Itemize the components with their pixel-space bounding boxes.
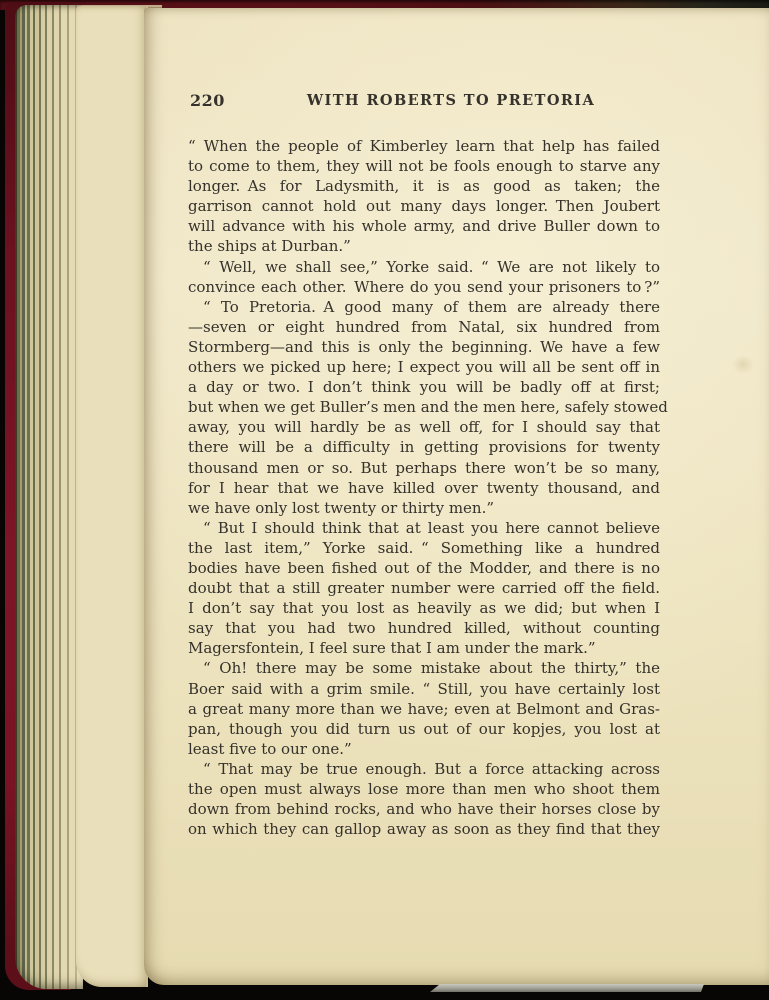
text-line: convince each other. Where do you send y… xyxy=(188,277,660,297)
text-line: Magersfontein, I feel sure that I am und… xyxy=(188,638,660,658)
text-line: I don’t say that you lost as heavily as … xyxy=(188,598,660,618)
text-line: pan, though you did turn us out of our k… xyxy=(188,719,660,739)
text-line: bodies have been fished out of the Modde… xyxy=(188,558,660,578)
running-title: WITH ROBERTS TO PRETORIA xyxy=(188,92,660,109)
text-line: the last item,” Yorke said. “ Something … xyxy=(188,538,660,558)
under-page xyxy=(76,6,148,987)
scanner-cradle xyxy=(430,984,704,992)
text-line: the ships at Durban.” xyxy=(188,236,660,256)
text-line: to come to them, they will not be fools … xyxy=(188,156,660,176)
text-line: a great many more than we have; even at … xyxy=(188,699,660,719)
body-text: “ When the people of Kimberley learn tha… xyxy=(188,136,660,839)
text-line: down from behind rocks, and who have the… xyxy=(188,799,660,819)
text-line: least five to our one.” xyxy=(188,739,660,759)
text-line: Stormberg—and this is only the beginning… xyxy=(188,337,660,357)
text-line: Boer said with a grim smile. “ Still, yo… xyxy=(188,679,660,699)
text-line: —seven or eight hundred from Natal, six … xyxy=(188,317,660,337)
text-line: but when we get Buller’s men and the men… xyxy=(188,397,660,417)
text-line: others we picked up here; I expect you w… xyxy=(188,357,660,377)
page-stain xyxy=(732,355,754,374)
book-scan: 220 WITH ROBERTS TO PRETORIA “ When the … xyxy=(0,0,769,1000)
text-line: longer. As for Ladysmith, it is as good … xyxy=(188,176,660,196)
page-text: 220 WITH ROBERTS TO PRETORIA “ When the … xyxy=(188,8,660,985)
text-line: we have only lost twenty or thirty men.” xyxy=(188,498,660,518)
text-line: “ That may be true enough. But a force a… xyxy=(188,759,660,779)
text-line: for I hear that we have killed over twen… xyxy=(188,478,660,498)
text-line: there will be a difficulty in getting pr… xyxy=(188,437,660,457)
text-line: thousand men or so. But perhaps there wo… xyxy=(188,458,660,478)
text-line: doubt that a still greater number were c… xyxy=(188,578,660,598)
text-line: on which they can gallop away as soon as… xyxy=(188,819,660,839)
text-line: “ But I should think that at least you h… xyxy=(188,518,660,538)
text-line: a day or two. I don’t think you will be … xyxy=(188,377,660,397)
text-line: “ Well, we shall see,” Yorke said. “ We … xyxy=(188,257,660,277)
text-line: the open must always lose more than men … xyxy=(188,779,660,799)
page-header: 220 WITH ROBERTS TO PRETORIA xyxy=(188,91,660,113)
text-line: garrison cannot hold out many days longe… xyxy=(188,196,660,216)
text-line: “ Oh! there may be some mistake about th… xyxy=(188,658,660,678)
text-line: “ When the people of Kimberley learn tha… xyxy=(188,136,660,156)
page-edges xyxy=(15,5,83,989)
text-line: will advance with his whole army, and dr… xyxy=(188,216,660,236)
text-line: “ To Pretoria. A good many of them are a… xyxy=(188,297,660,317)
book-page: 220 WITH ROBERTS TO PRETORIA “ When the … xyxy=(144,8,769,985)
text-line: say that you had two hundred killed, wit… xyxy=(188,618,660,638)
text-line: away, you will hardly be as well off, fo… xyxy=(188,417,660,437)
